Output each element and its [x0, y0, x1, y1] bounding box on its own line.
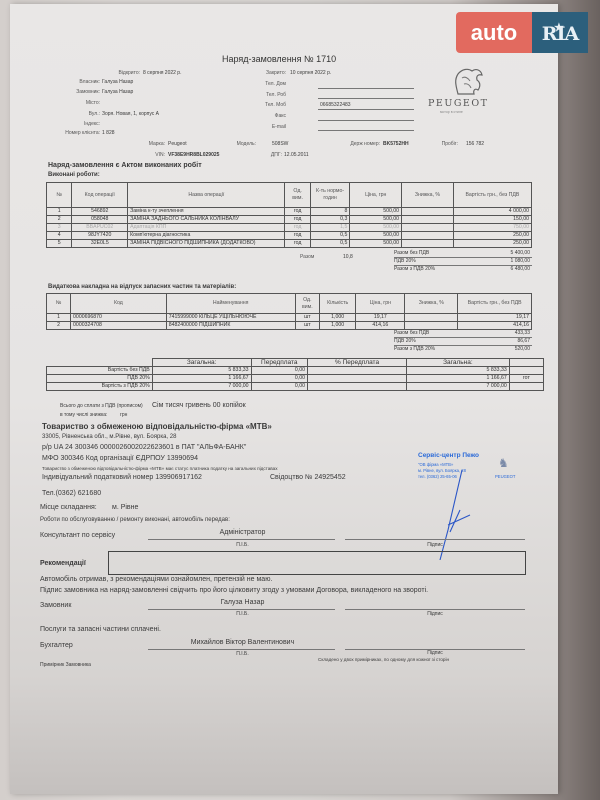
totals-row: Вартість з ПДВ 20%7 000,000,007 000,00 — [47, 383, 544, 391]
parts-sub-no-vat: 433,33 — [460, 330, 530, 336]
accountant-value: Михайлов Віктор Валентинович — [150, 639, 335, 646]
star-icon: ★ — [554, 6, 563, 50]
discount — [402, 216, 454, 224]
autoria-logo-ria: ★RIA — [532, 12, 588, 53]
copy-label: Примірник Замовника — [40, 662, 91, 668]
col-header: № — [47, 183, 72, 208]
received-text: Автомобіль отримав, з рекомендаціями озн… — [40, 576, 272, 583]
col-header: Код — [71, 294, 167, 314]
row-number: 2 — [47, 216, 72, 224]
totals-header: Загальна: Передплата % Передплата Загаль… — [47, 359, 544, 367]
model-value: 508SW — [272, 141, 288, 147]
works-sum-hours: 10,8 — [343, 254, 353, 260]
in-words-label: Всього до сплати з ПДВ (прописом) — [60, 403, 143, 409]
parts-sub-with-vat-label: Разом з ПДВ 20% — [394, 346, 435, 352]
place-value: м. Рівне — [112, 504, 138, 511]
accountant-sign: Підпис — [345, 650, 525, 656]
col-header: Кількість — [320, 294, 356, 314]
company-tax-id: Індивідуальний податковий номер 13990691… — [42, 474, 202, 481]
col-header: К-ть нормо-годин — [310, 183, 350, 208]
part-name: 7415999000 КІЛЬЦЕ УЩІЛЬНЮЮЧЕ — [166, 314, 295, 322]
reg-date-label: ДПГ: — [262, 152, 282, 158]
vin-label: VIN: — [145, 152, 165, 158]
recommendations-box — [108, 551, 526, 575]
discount — [402, 208, 454, 216]
plate-value: BK5752HH — [383, 141, 409, 147]
handover-text: Роботи по обслуговуванню / ремонту викон… — [40, 517, 230, 523]
operation-name: Адаптація КПП — [128, 224, 285, 232]
col-header: Загальна: — [407, 359, 510, 367]
operation-code: 98JY7420 — [72, 232, 128, 240]
consultant-pib: П.І.Б. — [150, 542, 335, 548]
col-header: Од. вим. — [295, 294, 319, 314]
table-row: 532E0L5ЗАМІНА ПІДВІСНОГО ПІДШИПНИКА (ДОД… — [47, 240, 532, 248]
part-code: 0000324708 — [71, 322, 167, 330]
discount-label: в тому числі знижка: — [60, 412, 107, 418]
unit: год — [285, 208, 310, 216]
parts-vat-label: ПДВ 20% — [394, 338, 416, 344]
col-header: Знижка, % — [405, 294, 458, 314]
works-subtitle: Виконані роботи: — [48, 172, 100, 178]
totals-row-label: Вартість без ПДВ — [47, 367, 153, 375]
discount — [405, 322, 458, 330]
street-value: Зоря. Новая, 1, корпус А — [102, 111, 159, 117]
totals-grand: 7 000,00 — [407, 383, 510, 391]
place-label: Місце складання: — [40, 504, 97, 511]
works-sub-no-vat-label: Разом без ПДВ — [394, 250, 429, 256]
total: 250,00 — [453, 240, 531, 248]
price: 500,00 — [350, 240, 402, 248]
part-name: 8482400000 ПІДШИПНИК — [166, 322, 295, 330]
customer-sign-value: Галуза Назар — [150, 599, 335, 606]
part-code: 0000696870 — [71, 314, 167, 322]
agreement-text: Підпис замовника на наряд-замовленні сві… — [40, 587, 428, 594]
total: 750,00 — [453, 224, 531, 232]
model-label: Модель: — [226, 141, 256, 147]
city-label: Місто: — [60, 100, 100, 106]
stamp-brand: PEUGEOT — [495, 474, 515, 479]
operation-name: ЗАМІНА ЗАДНЬОГО САЛЬНИКА КОЛІНВАЛУ — [128, 216, 285, 224]
table-row: 1546892Заміна к-ту зчепленнягод8500,004 … — [47, 208, 532, 216]
total: 414,16 — [458, 322, 532, 330]
col-header: Ціна, грн — [350, 183, 402, 208]
totals-prepay: 0,00 — [251, 375, 307, 383]
col-header: Знижка, % — [402, 183, 454, 208]
norm-hours: 0,5 — [310, 240, 350, 248]
price: 500,00 — [350, 224, 402, 232]
total: 19,17 — [458, 314, 532, 322]
email-label: E-mail — [250, 124, 286, 130]
norm-hours: 1,5 — [310, 224, 350, 232]
quantity: 1,000 — [320, 314, 356, 322]
total: 150,00 — [453, 216, 531, 224]
operation-code: BBAPUC02 — [72, 224, 128, 232]
works-sub-with-vat: 6 480,00 — [460, 266, 530, 272]
discount — [402, 224, 454, 232]
total: 4 000,00 — [453, 208, 531, 216]
parts-table-header: № Код Найменування Од. вим. Кількість Ці… — [47, 294, 532, 314]
col-header: № — [47, 294, 71, 314]
row-number: 5 — [47, 240, 72, 248]
works-vat: 1 080,00 — [460, 258, 530, 264]
col-header: Вартість грн., без ПДВ — [458, 294, 532, 314]
owner-label: Власник: — [60, 79, 100, 85]
copies-note: Складено у двох примірниках, по одному д… — [318, 657, 449, 662]
customer-sign-label: Замовник — [40, 602, 71, 609]
unit: год — [285, 216, 310, 224]
parts-section-title: Видаткова накладна на відпуск запасних ч… — [48, 284, 236, 290]
operation-name: Комп'ютерна діагностика — [128, 232, 285, 240]
col-header: Передплата — [251, 359, 307, 367]
plate-label: Держ номер: — [330, 141, 380, 147]
price: 500,00 — [350, 232, 402, 240]
price: 414,16 — [356, 322, 405, 330]
consultant-label: Консультант по сервісу — [40, 532, 115, 539]
table-row: 200003247088482400000 ПІДШИПНИКшт1,00041… — [47, 322, 532, 330]
works-vat-label: ПДВ 20% — [394, 258, 416, 264]
stamp-line-1: "ОВ фірма «МТВ» — [418, 462, 453, 467]
col-header: % Передплата — [308, 359, 407, 367]
discount-currency: грн — [120, 412, 127, 418]
parts-table: № Код Найменування Од. вим. Кількість Ці… — [46, 293, 532, 330]
owner-value: Галуза Назар — [102, 79, 133, 85]
mileage-value: 156 782 — [466, 141, 484, 147]
company-phone: Тел.(0362) 621680 — [42, 490, 101, 497]
totals-prepay-percent — [308, 375, 407, 383]
totals-prepay: 0,00 — [251, 367, 307, 375]
table-row: 3BBAPUC02Адаптація КППгод1,5500,00750,00 — [47, 224, 532, 232]
table-row: 498JY7420Комп'ютерна діагностикагод0,550… — [47, 232, 532, 240]
works-section-title: Наряд-замовлення є Актом виконаних робіт — [48, 162, 202, 169]
peugeot-slogan: мотор в стиле — [440, 110, 463, 114]
closed-label: Закрито: — [258, 70, 286, 76]
paid-text: Послуги та запасні частини сплачені. — [40, 626, 161, 633]
totals-grand: 1 166,67 — [407, 375, 510, 383]
row-number: 1 — [47, 314, 71, 322]
make-label: Марка: — [135, 141, 165, 147]
total: 250,00 — [453, 232, 531, 240]
totals-note — [509, 367, 543, 375]
norm-hours: 8 — [310, 208, 350, 216]
price: 19,17 — [356, 314, 405, 322]
col-header: Вартість грн., без ПДВ — [453, 183, 531, 208]
norm-hours: 0,3 — [310, 216, 350, 224]
fax-label: Факс — [250, 113, 286, 119]
reg-date-value: 12.05.2011 — [284, 152, 309, 158]
customer-label: Замовник: — [50, 89, 100, 95]
operation-name: Заміна к-ту зчеплення — [128, 208, 285, 216]
table-row: 2058048ЗАМІНА ЗАДНЬОГО САЛЬНИКА КОЛІНВАЛ… — [47, 216, 532, 224]
company-tax-status: Товариство з обмеженою відповідальністю-… — [42, 466, 278, 471]
customer-pib: П.І.Б. — [150, 611, 335, 617]
price: 500,00 — [350, 216, 402, 224]
totals-grand: 5 833,33 — [407, 367, 510, 375]
company-mfo: МФО 300346 Код організації ЄДРПОУ 139906… — [42, 455, 198, 462]
unit: шт — [295, 322, 319, 330]
unit: год — [285, 224, 310, 232]
parts-vat: 86,67 — [460, 338, 530, 344]
totals-total: 5 833,33 — [152, 367, 251, 375]
in-words-value: Сім тисяч гривень 00 копійок — [152, 402, 246, 409]
operation-code: 546892 — [72, 208, 128, 216]
operation-code: 058048 — [72, 216, 128, 224]
totals-row: Вартість без ПДВ5 833,330,005 833,33 — [47, 367, 544, 375]
totals-prepay: 0,00 — [251, 383, 307, 391]
customer-sign: Підпис — [345, 611, 525, 617]
row-number: 3 — [47, 224, 72, 232]
table-row: 100006968707415999000 КІЛЬЦЕ УЩІЛЬНЮЮЧЕш… — [47, 314, 532, 322]
client-number-label: Номер клієнта: — [40, 130, 100, 136]
totals-note — [509, 383, 543, 391]
closed-value: 10 серпня 2022 р. — [290, 70, 331, 76]
col-header: Од. вим. — [285, 183, 310, 208]
discount — [402, 232, 454, 240]
operation-code: 32E0L5 — [72, 240, 128, 248]
norm-hours: 0,5 — [310, 232, 350, 240]
customer-value: Галуза Назар — [102, 89, 133, 95]
tel-mobile-label: Тел. Моб — [250, 102, 286, 108]
row-number: 4 — [47, 232, 72, 240]
discount — [405, 314, 458, 322]
mileage-label: Пробіг: — [430, 141, 458, 147]
col-header: Загальна: — [152, 359, 251, 367]
stamp-lion-icon: ♞ — [498, 456, 509, 470]
col-header: Назва операції — [128, 183, 285, 208]
street-label: Вул.: — [60, 111, 100, 117]
client-number-value: 1 828 — [102, 130, 115, 136]
parts-sub-no-vat-label: Разом без ПДВ — [394, 330, 429, 336]
peugeot-wordmark: PEUGEOT — [428, 98, 488, 109]
col-header: Ціна, грн — [356, 294, 405, 314]
accountant-label: Бухгалтер — [40, 642, 73, 649]
company-address: 33005, Рівненська обл., м.Рівне, вул. Бо… — [42, 434, 176, 440]
opened-label: Відкрито: — [100, 70, 140, 76]
totals-note: гот — [509, 375, 543, 383]
quantity: 1,000 — [320, 322, 356, 330]
consultant-sign: Підпис — [345, 542, 525, 548]
recommendations-label: Рекомендації — [40, 560, 86, 567]
consultant-value: Адміністратор — [150, 529, 335, 536]
tel-mobile-value: 06685322483 — [320, 102, 351, 108]
unit: год — [285, 232, 310, 240]
peugeot-lion-icon — [448, 66, 488, 96]
totals-table: Загальна: Передплата % Передплата Загаль… — [46, 358, 544, 391]
totals-prepay-percent — [308, 367, 407, 375]
make-value: Peugeot — [168, 141, 187, 147]
works-sub-with-vat-label: Разом з ПДВ 20% — [394, 266, 435, 272]
totals-row: ПДВ 20%1 166,670,001 166,67гот — [47, 375, 544, 383]
works-sub-no-vat: 5 400,00 — [460, 250, 530, 256]
row-number: 1 — [47, 208, 72, 216]
totals-row-label: Вартість з ПДВ 20% — [47, 383, 153, 391]
company-account: р/р UA 24 300346 0000026002022623601 в П… — [42, 444, 246, 451]
company-certificate: Свідоцтво № 24925452 — [270, 474, 346, 481]
tel-home-label: Тел. Дом — [250, 81, 286, 87]
works-sum-label: Разом — [300, 254, 314, 260]
totals-total: 1 166,67 — [152, 375, 251, 383]
unit: год — [285, 240, 310, 248]
works-table: № Код операції Назва операції Од. вим. К… — [46, 182, 532, 248]
company-name: Товариство з обмеженою відповідальністю-… — [42, 422, 272, 431]
autoria-logo-auto: auto — [456, 12, 532, 53]
document-title: Наряд-замовлення № 1710 — [222, 54, 336, 64]
discount — [402, 240, 454, 248]
col-header: Код операції — [72, 183, 128, 208]
tel-work-label: Тел. Роб — [250, 92, 286, 98]
stamp-title: Сервіс-центр Пежо — [418, 452, 479, 459]
vin-value: VF38E9HR8BL029025 — [168, 152, 219, 158]
totals-prepay-percent — [308, 383, 407, 391]
row-number: 2 — [47, 322, 71, 330]
col-header: Найменування — [166, 294, 295, 314]
works-table-header: № Код операції Назва операції Од. вим. К… — [47, 183, 532, 208]
operation-name: ЗАМІНА ПІДВІСНОГО ПІДШИПНИКА (ДОДАТКОВО) — [128, 240, 285, 248]
unit: шт — [295, 314, 319, 322]
totals-total: 7 000,00 — [152, 383, 251, 391]
price: 500,00 — [350, 208, 402, 216]
totals-row-label: ПДВ 20% — [47, 375, 153, 383]
accountant-pib: П.І.Б. — [150, 651, 335, 657]
index-label: Індекс: — [60, 121, 100, 127]
opened-value: 8 серпня 2022 р. — [143, 70, 181, 76]
parts-sub-with-vat: 520,00 — [460, 346, 530, 352]
